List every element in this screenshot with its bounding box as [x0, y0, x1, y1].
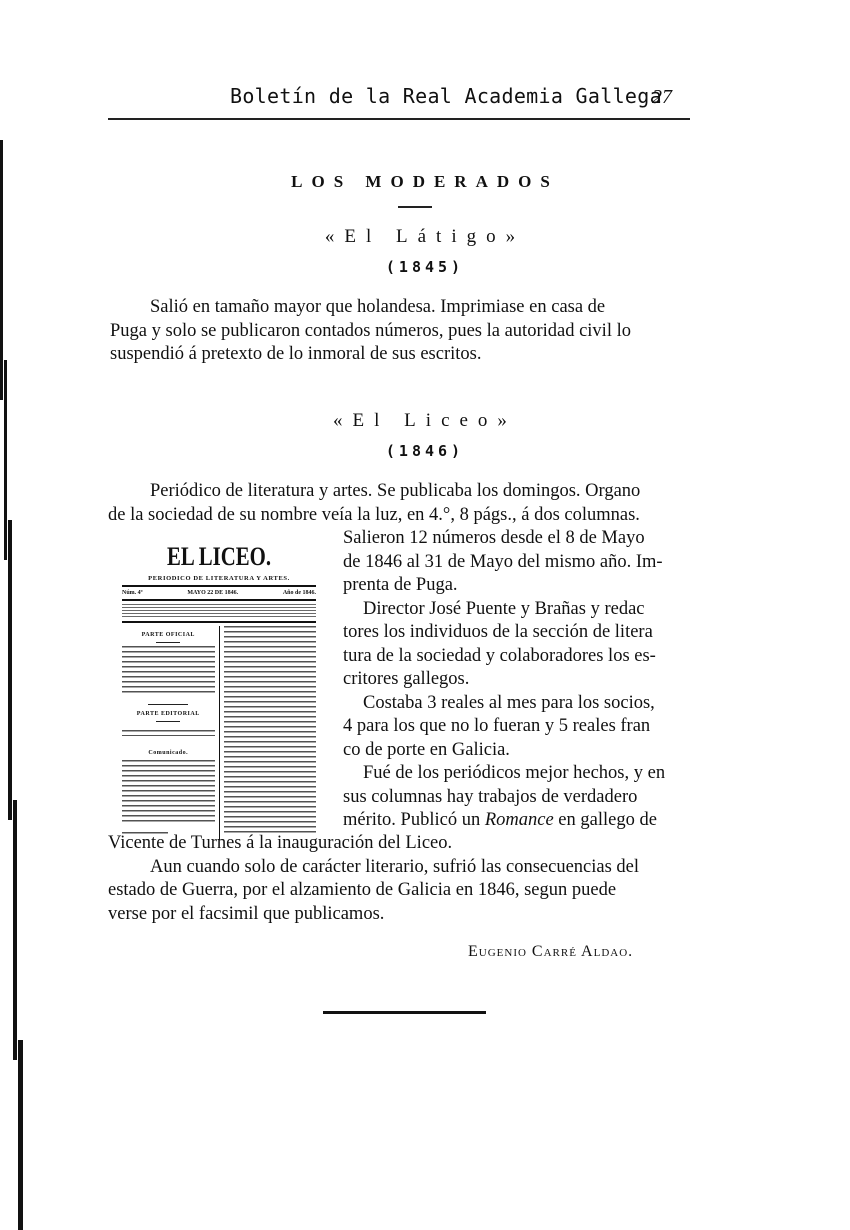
journal-title: Boletín de la Real Academia Gallega: [230, 84, 662, 108]
page-number: 27: [652, 86, 672, 109]
text-line: de 1846 al 31 de Mayo del mismo año. Im-: [343, 551, 695, 575]
text-line: Fué de los periódicos mejor hechos, y en: [343, 762, 695, 786]
facsimile-text-block: [122, 646, 215, 694]
facsimile-columns: PARTE OFICIAL PARTE EDITORIAL Comunicado…: [122, 626, 316, 840]
italic-title-romance: Romance: [485, 810, 554, 830]
text-line: critores gallegos.: [343, 668, 695, 692]
paragraph-el-liceo-intro: Periódico de literatura y artes. Se publ…: [108, 480, 698, 527]
text-line: de la sociedad de su nombre veía la luz,…: [108, 504, 698, 528]
paragraph-el-liceo-closing: Vicente de Turnes á la inauguración del …: [108, 832, 698, 926]
text-line: prenta de Puga.: [343, 574, 695, 598]
text-line: Director José Puente y Brañas y redac: [343, 598, 695, 622]
article-title-el-liceo: «El Liceo»: [0, 410, 850, 432]
facsimile-column-right: [224, 626, 317, 840]
author-signature: Eugenio Carré Aldao.: [468, 943, 633, 961]
facsimile-title: EL LICEO.: [141, 542, 296, 572]
facsimile-notice: [122, 604, 316, 618]
facsimile-heading: Comunicado.: [122, 750, 215, 756]
text-line: Salieron 12 números desde el 8 de Mayo: [343, 527, 695, 551]
article-year-el-liceo: (1846): [0, 442, 850, 460]
text-line: estado de Guerra, por el alzamiento de G…: [108, 879, 698, 903]
text-line: Costaba 3 reales al mes para los socios,: [343, 692, 695, 716]
paragraph-el-latigo: Salió en tamaño mayor que holandesa. Imp…: [110, 296, 694, 367]
text-segment: en gallego de: [554, 810, 657, 830]
text-segment: mérito. Publicó un: [343, 810, 485, 830]
text-line: verse por el facsimil que publicamos.: [108, 903, 698, 927]
facsimile-text-block: [122, 760, 215, 822]
facsimile-text-block: [224, 626, 317, 836]
text-line: tores los individuos de la sección de li…: [343, 621, 695, 645]
text-line: suspendió á pretexto de lo inmoral de su…: [110, 343, 694, 367]
text-line: tura de la sociedad y colaboradores los …: [343, 645, 695, 669]
facsimile-small-rule: [148, 704, 188, 705]
facsimile-small-rule: [156, 642, 180, 643]
facsimile-heading: PARTE OFICIAL: [122, 632, 215, 638]
text-line: co de porte en Galicia.: [343, 739, 695, 763]
article-year-el-latigo: (1845): [0, 258, 850, 276]
text-line: Aun cuando solo de carácter literario, s…: [108, 856, 698, 880]
text-line: Periódico de literatura y artes. Se publ…: [108, 480, 698, 504]
facsimile-date: MAYO 22 DE 1846.: [187, 590, 238, 596]
text-line: Vicente de Turnes á la inauguración del …: [108, 832, 698, 856]
text-line: Salió en tamaño mayor que holandesa. Imp…: [110, 296, 694, 320]
facsimile-heading: PARTE EDITORIAL: [122, 711, 215, 717]
running-header: Boletín de la Real Academia Gallega 27: [108, 84, 690, 120]
facsimile-small-rule: [156, 721, 180, 722]
article-title-el-latigo: «El Látigo»: [0, 226, 850, 248]
facsimile-rule: [122, 585, 316, 587]
facsimile-column-left: PARTE OFICIAL PARTE EDITORIAL Comunicado…: [122, 626, 215, 840]
facsimile-column-divider: [219, 626, 220, 840]
facsimile-dateline: Núm. 4º MAYO 22 DE 1846. Año de 1846.: [122, 590, 316, 596]
text-line: 4 para los que no lo fueran y 5 reales f…: [343, 715, 695, 739]
facsimile-newspaper-image: EL LICEO. PERIODICO DE LITERATURA Y ARTE…: [122, 540, 316, 825]
title-dash: [398, 206, 432, 208]
facsimile-rule: [122, 621, 316, 623]
header-rule: [108, 118, 690, 120]
facsimile-text-block: [122, 730, 215, 736]
facsimile-subtitle: PERIODICO DE LITERATURA Y ARTES.: [122, 575, 316, 582]
closing-rule: [323, 1011, 486, 1014]
text-line: mérito. Publicó un Romance en gallego de: [343, 809, 695, 833]
facsimile-year: Año de 1846.: [283, 590, 316, 596]
text-line: Puga y solo se publicaron contados númer…: [110, 320, 694, 344]
facsimile-issue: Núm. 4º: [122, 590, 143, 596]
facsimile-rule: [122, 599, 316, 601]
paragraph-el-liceo-column: Salieron 12 números desde el 8 de Mayo d…: [343, 527, 695, 833]
section-title: LOS MODERADOS: [0, 172, 850, 192]
text-line: sus columnas hay trabajos de verdadero: [343, 786, 695, 810]
